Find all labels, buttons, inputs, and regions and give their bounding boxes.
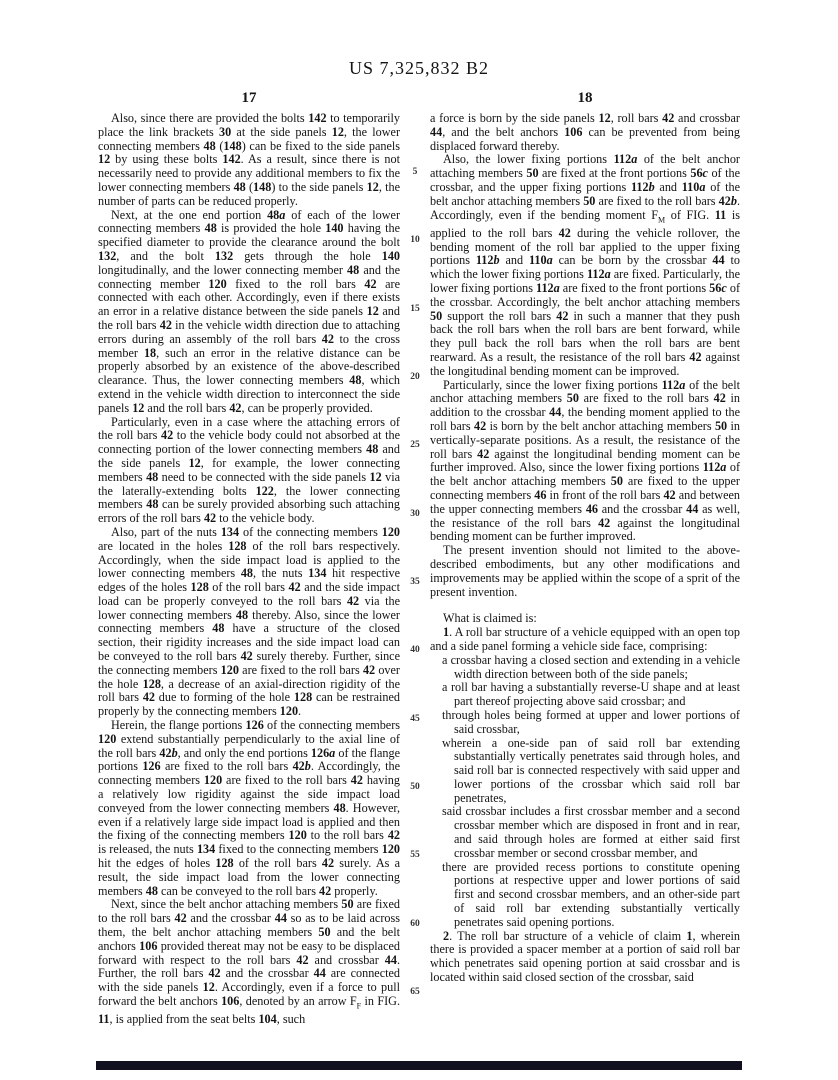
line-number: 20 xyxy=(410,372,420,382)
line-number: 10 xyxy=(410,235,420,245)
paragraph: Also, part of the nuts 134 of the connec… xyxy=(98,526,400,719)
claim-text: wherein a one-side pan of said roll bar … xyxy=(430,737,740,806)
claim-text: said crossbar includes a first crossbar … xyxy=(430,805,740,860)
line-number: 25 xyxy=(410,440,420,450)
paragraph: Also, since there are provided the bolts… xyxy=(98,112,400,209)
scan-artifact-bar xyxy=(96,1061,742,1070)
claim-text: through holes being formed at upper and … xyxy=(430,709,740,737)
paragraph: The present invention should not limited… xyxy=(430,544,740,599)
claim-text: What is claimed is: xyxy=(430,612,740,626)
claim-text: a roll bar having a substantially revers… xyxy=(430,681,740,709)
paragraph: Next, since the belt anchor attaching me… xyxy=(98,898,400,1027)
line-number: 30 xyxy=(410,509,420,519)
patent-page: US 7,325,832 B2 17 18 510152025303540455… xyxy=(0,0,838,1080)
line-number: 60 xyxy=(410,919,420,929)
paragraph: Particularly, even in a case where the a… xyxy=(98,416,400,526)
line-number: 15 xyxy=(410,304,420,314)
claims-section: What is claimed is:1. A roll bar structu… xyxy=(430,612,740,985)
right-column-text: a force is born by the side panels 12, r… xyxy=(430,112,740,985)
line-number: 45 xyxy=(410,714,420,724)
line-number: 5 xyxy=(413,167,418,177)
right-column-paragraphs: a force is born by the side panels 12, r… xyxy=(430,112,740,599)
gutter-line-numbers: 5101520253035404550556065 xyxy=(403,167,427,997)
claim-text: a crossbar having a closed section and e… xyxy=(430,654,740,682)
paragraph: Herein, the flange portions 126 of the c… xyxy=(98,719,400,898)
column-number-left: 17 xyxy=(98,90,400,107)
claim-text: there are provided recess portions to co… xyxy=(430,861,740,930)
claim-text: 1. A roll bar structure of a vehicle equ… xyxy=(430,626,740,654)
line-number: 50 xyxy=(410,782,420,792)
patent-number: US 7,325,832 B2 xyxy=(0,58,838,79)
line-number: 55 xyxy=(410,850,420,860)
line-number: 65 xyxy=(410,987,420,997)
paragraph: Also, the lower fixing portions 112a of … xyxy=(430,153,740,378)
left-column-text: Also, since there are provided the bolts… xyxy=(98,112,400,1027)
claim-text: 2. The roll bar structure of a vehicle o… xyxy=(430,930,740,985)
column-number-right: 18 xyxy=(430,90,740,107)
paragraph: Next, at the one end portion 48a of each… xyxy=(98,209,400,416)
paragraph: a force is born by the side panels 12, r… xyxy=(430,112,740,153)
line-number: 35 xyxy=(410,577,420,587)
paragraph: Particularly, since the lower fixing por… xyxy=(430,379,740,545)
line-number: 40 xyxy=(410,645,420,655)
